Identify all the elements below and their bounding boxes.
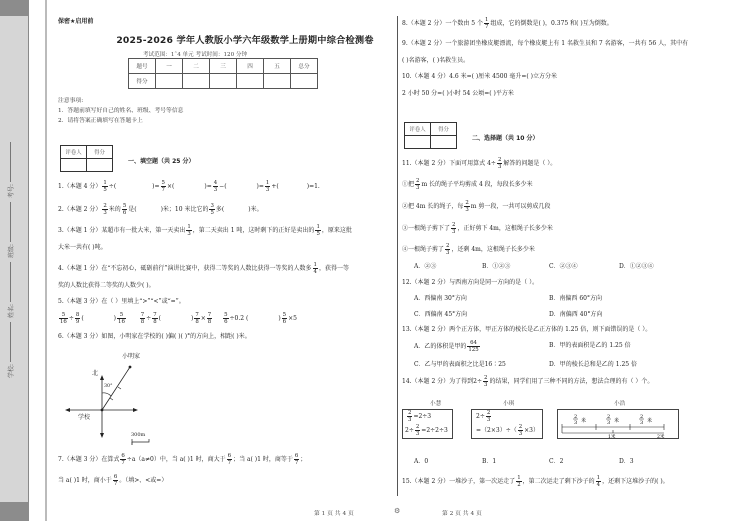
question-11-choice-b[interactable]: B．①②③	[482, 261, 510, 273]
page-2-footer: 第 2 页 共 4 页	[442, 508, 482, 517]
question-14: 14.（本题 2 分）为了得到2÷23的结果，同学们用了三种不同的方法，想法合理…	[402, 375, 653, 388]
question-14-choice-a[interactable]: A．0	[414, 456, 428, 468]
question-8: 8.（本题 2 分）一个数由 5 个17组成，它的倒数是( )，0.375 和(…	[402, 17, 613, 30]
score-cell[interactable]	[183, 74, 210, 89]
school-label: 学校	[78, 413, 91, 421]
svg-text:1米: 1米	[608, 433, 616, 438]
exam-info: 考试范围：1˜4 单元 考试时间：120 分钟	[0, 50, 390, 58]
question-10: 10.（本题 4 分）4.6 米=( )厘米 4500 毫升=( )立方分米	[402, 71, 557, 83]
question-11: 11.（本题 2 分）下面可用算式 4÷23解答的问题是（ ）。	[402, 157, 556, 170]
question-9: 9.（本题 2 分）一个旅游团坐橡皮艇漂流，每个橡皮艇上有 1 名救生员和 7 …	[402, 38, 688, 50]
school-field[interactable]: 学校:	[6, 322, 15, 378]
question-15: 15.（本题 2 分）一堆沙子，第一次运走了12，第二次运走了剩下沙子的14，还…	[402, 475, 669, 488]
question-11-option-2: ②把 4m 长的绳子，每23m 剪一段，一共可以剪成几段	[402, 200, 550, 213]
name-field[interactable]: 姓名:	[6, 262, 15, 318]
section-2-title: 二、选择题（共 10 分）	[472, 133, 539, 142]
question-11-choice-a[interactable]: A．②③	[414, 261, 436, 273]
home-label: 小明家	[122, 352, 140, 360]
secret-label: 保密★启用前	[58, 16, 93, 25]
question-9-line2: ( )名游客，( )名救生员。	[402, 55, 469, 67]
question-7: 7.（本题 3 分）在算式67÷a（a≠0）中，当 a( )1 时，商大于67；…	[58, 453, 306, 466]
score-table: 题号 一 二 三 四 五 总分 得分	[128, 58, 318, 89]
grader-cell[interactable]	[431, 136, 457, 149]
question-13-choice-c[interactable]: C．乙与甲的表面积之比是16∶25	[414, 359, 506, 371]
question-12-choice-c[interactable]: C．西偏南 45°方向	[414, 309, 467, 321]
question-10-line2: 2 小时 50 分=( )小时 54 公顷=( )平方米	[402, 88, 514, 100]
question-11-option-4: ④一根绳子剪了23，还剩 4m，这根绳子长多少米	[402, 243, 535, 256]
notes: 注意事项: 1．答题前填写好自己的姓名、班级、考号等信息 2．请将答案正确填写在…	[58, 96, 183, 126]
svg-text:米: 米	[581, 417, 586, 424]
svg-text:2米: 2米	[657, 433, 665, 438]
question-5: 5.（本题 3 分）在（ ）里填上“>”“<”或“=”。	[58, 296, 185, 308]
question-13-choice-d[interactable]: D．甲的棱长总和是乙的 1.25 倍	[549, 359, 637, 371]
north-label: 北	[92, 369, 98, 377]
angle-label: 30°	[104, 383, 113, 389]
svg-text:3: 3	[640, 420, 643, 426]
binding-strip-bottom	[0, 502, 29, 521]
segment-diagram: 23 米 23 米 23 米 1米 2米	[558, 410, 678, 438]
page-2: 8.（本题 2 分）一个数由 5 个17组成，它的倒数是( )，0.375 和(…	[397, 0, 752, 521]
grader-table-1: 评卷人得分	[60, 145, 113, 172]
score-table-row: 得分	[129, 74, 318, 89]
question-3: 3.（本题 1 分）某超市有一批大米，第一天卖出13，第二天卖出 1 吨，这时剩…	[58, 224, 352, 237]
page-1-footer: 第 1 页 共 4 页	[314, 508, 354, 517]
svg-text:米: 米	[647, 417, 652, 424]
svg-text:米: 米	[614, 417, 619, 424]
question-5-items: 516÷89()516 78÷78()78×78 56÷0.2 ()56×5	[58, 312, 297, 325]
binding-strip-top	[0, 0, 29, 16]
page-1: 保密★启用前 2025-2026 学年人教版小学六年级数学上册期中综合检测卷 考…	[48, 0, 388, 521]
score-cell[interactable]	[156, 74, 183, 89]
exam-number-field[interactable]: 考号:	[6, 142, 15, 198]
method-label-xiaohui: 小慧	[430, 399, 441, 407]
score-cell[interactable]	[291, 74, 318, 89]
binding-strip	[0, 0, 29, 521]
grader-table-2: 评卷人得分	[404, 122, 457, 149]
compass-diagram: 小明家 北 30° 学校 300m	[60, 345, 170, 445]
question-12-choice-a[interactable]: A．西偏南 30°方向	[414, 293, 467, 305]
question-3-line2: 大米一共有( )吨。	[58, 242, 107, 254]
question-14-choice-b[interactable]: B．1	[482, 456, 496, 468]
question-13: 13.（本题 2 分）两个正方体，甲正方体的棱长是乙正方体的 1.25 倍，则下…	[402, 324, 651, 336]
score-table-header: 题号 一 二 三 四 五 总分	[129, 59, 318, 74]
question-2: 2.（本题 2 分）23米的56是()米；10 米比它的35多()米。	[58, 203, 263, 216]
section-1-title: 一、填空题（共 25 分）	[128, 156, 195, 165]
question-13-choice-a[interactable]: A．乙的体积是甲的64125	[414, 340, 481, 353]
page-seam	[45, 0, 47, 521]
question-7-line2: 当 a( )1 时，商小于67。（填>、<或=）	[58, 474, 167, 487]
grader-cell[interactable]	[87, 159, 113, 172]
method-box-xiaoqi: 2÷23 =（2×3）÷（23×3）	[471, 409, 543, 439]
svg-text:3: 3	[574, 420, 577, 426]
question-11-option-1: ①把23m 长的绳子平均剪成 4 段，每段长多少米	[402, 178, 533, 191]
question-12: 12.（本题 2 分）与西南方向是同一方向的是（ ）。	[402, 277, 538, 289]
question-14-choice-d[interactable]: D．3	[619, 456, 634, 468]
question-11-option-3: ③一根绳子剪下了23，正好剪下 4m，这根绳子长多少米	[402, 222, 553, 235]
exam-title: 2025-2026 学年人教版小学六年级数学上册期中综合检测卷	[95, 32, 395, 46]
score-cell[interactable]	[237, 74, 264, 89]
grader-cell[interactable]	[405, 136, 431, 149]
question-11-choice-d[interactable]: D．①②③④	[619, 261, 654, 273]
question-11-choice-c[interactable]: C．②③④	[549, 261, 578, 273]
method-label-xiaohao: 小浩	[614, 399, 625, 407]
method-label-xiaoqi: 小琪	[503, 399, 514, 407]
question-12-choice-b[interactable]: B．南偏西 60°方向	[549, 293, 602, 305]
score-cell[interactable]	[264, 74, 291, 89]
score-cell[interactable]	[210, 74, 237, 89]
question-12-choice-d[interactable]: D．南偏西 40°方向	[549, 309, 602, 321]
svg-text:3: 3	[607, 420, 610, 426]
question-4: 4.（本题 1 分）在“不忘初心，砥砺前行”演讲比赛中，获得二等奖的人数比获得一…	[58, 262, 349, 275]
method-box-xiaohao: 23 米 23 米 23 米 1米 2米	[557, 409, 679, 439]
scale-label: 300m	[131, 432, 146, 438]
question-6: 6.（本题 3 分）如图，小明家在学校的( )偏( )( )°的方向上，相距( …	[58, 331, 251, 343]
method-box-xiaohui: 23=2÷3 2÷23=2÷2÷3	[402, 409, 453, 439]
class-field[interactable]: 班级:	[6, 202, 15, 258]
grader-cell[interactable]	[61, 159, 87, 172]
question-1: 1.（本题 4 分）15÷()=57×()=43−()=13+()=1.	[58, 180, 320, 193]
question-4-line2: 奖的人数比获得二等奖的人数少( )。	[58, 280, 155, 292]
question-14-choice-c[interactable]: C．2	[549, 456, 563, 468]
question-13-choice-b[interactable]: B．甲的表面积是乙的 1.25 倍	[549, 340, 631, 352]
